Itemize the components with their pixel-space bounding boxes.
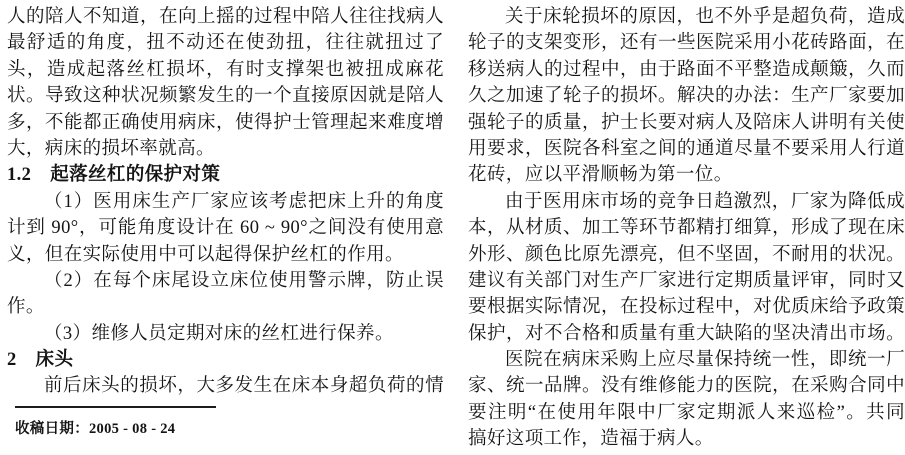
text-line: 计到 90°，可能角度设计在 60 ~ 90°之间没有使用意 [7,215,444,241]
section-1-2-heading: 1.2 起落丝杠的保护对策 [7,162,444,188]
text-line: 要注明“在使用年限中厂家定期派人来巡检”。共同 [468,400,905,426]
text-line: 移送病人的过程中，由于路面不平整造成颠簸，久而 [468,57,905,83]
text-line: 前后床头的损坏，大多发生在床本身超负荷的情 [7,373,444,399]
footnote-divider [15,406,216,408]
right-column: 关于床轮损坏的原因，也不外乎是超负荷，造成轮子的支架变形，还有一些医院采用小花砖… [452,4,905,455]
text-line: （2）在每个床尾设立床位使用警示牌，防止误操 [7,268,444,294]
footnote: 收稿日期：2005 - 08 - 24 [7,406,444,438]
text-line: （1）医用床生产厂家应该考虑把床上升的角度设 [7,189,444,215]
left-column: 人的陪人不知道，在向上摇的过程中陪人往往找病人最舒适的角度，扭不动还在使劲扭，往… [0,4,452,455]
received-date-value: 2005 - 08 - 24 [89,421,175,437]
text-line: 搞好这项工作，造福于病人。 [468,426,905,452]
text-line: 最舒适的角度，扭不动还在使劲扭，往往就扭过了 [7,30,444,56]
text-line: 家、统一品牌。没有维修能力的医院，在采购合同中 [468,373,905,399]
text-line: 花砖，应以平滑顺畅为第一位。 [468,162,905,188]
text-line: 轮子的支架变形，还有一些医院采用小花砖路面，在 [468,30,905,56]
text-line: 由于医用床市场的竞争日趋激烈，厂家为降低成 [468,189,905,215]
text-line: （3）维修人员定期对床的丝杠进行保养。 [7,321,444,347]
text-line: 人的陪人不知道，在向上摇的过程中陪人往往找病人 [7,4,444,30]
text-line: 多，不能都正确使用病床，使得护士管理起来难度增 [7,110,444,136]
text-line: 要根据实际情况，在投标过程中，对优质床给予政策 [468,294,905,320]
received-date-label: 收稿日期： [15,421,89,437]
text-line: 强轮子的质量，护士长要对病人及陪床人讲明有关使 [468,110,905,136]
section-2-heading: 2 床头 [7,347,444,373]
text-line: 久之加速了轮子的损坏。解决的办法：生产厂家要加 [468,83,905,109]
left-column-lines: 人的陪人不知道，在向上摇的过程中陪人往往找病人最舒适的角度，扭不动还在使劲扭，往… [7,4,444,400]
text-line: 外形、颜色比原先漂亮，但不坚固，不耐用的状况。 [468,242,905,268]
right-column-lines: 关于床轮损坏的原因，也不外乎是超负荷，造成轮子的支架变形，还有一些医院采用小花砖… [468,4,905,453]
text-line: 建议有关部门对生产厂家进行定期质量评审，同时又 [468,268,905,294]
text-line: 义，但在实际使用中可以起得保护丝杠的作用。 [7,242,444,268]
text-line: 医院在病床采购上应尽量保持统一性，即统一厂 [468,347,905,373]
text-line: 大，病床的损坏率就高。 [7,136,444,162]
received-date-line: 收稿日期：2005 - 08 - 24 [15,417,444,438]
article-page: 人的陪人不知道，在向上摇的过程中陪人往往找病人最舒适的角度，扭不动还在使劲扭，往… [0,0,905,455]
text-line: 作。 [7,294,444,320]
text-line: 本，从材质、加工等环节都精打细算，形成了现在床 [468,215,905,241]
text-line: 头，造成起落丝杠损坏，有时支撑架也被扭成麻花 [7,57,444,83]
text-line: 用要求，医院各科室之间的通道尽量不要采用人行道 [468,136,905,162]
text-line: 保护，对不合格和质量有重大缺陷的坚决清出市场。 [468,321,905,347]
text-line: 状。导致这种状况频繁发生的一个直接原因就是陪人 [7,83,444,109]
text-line: 关于床轮损坏的原因，也不外乎是超负荷，造成 [468,4,905,30]
